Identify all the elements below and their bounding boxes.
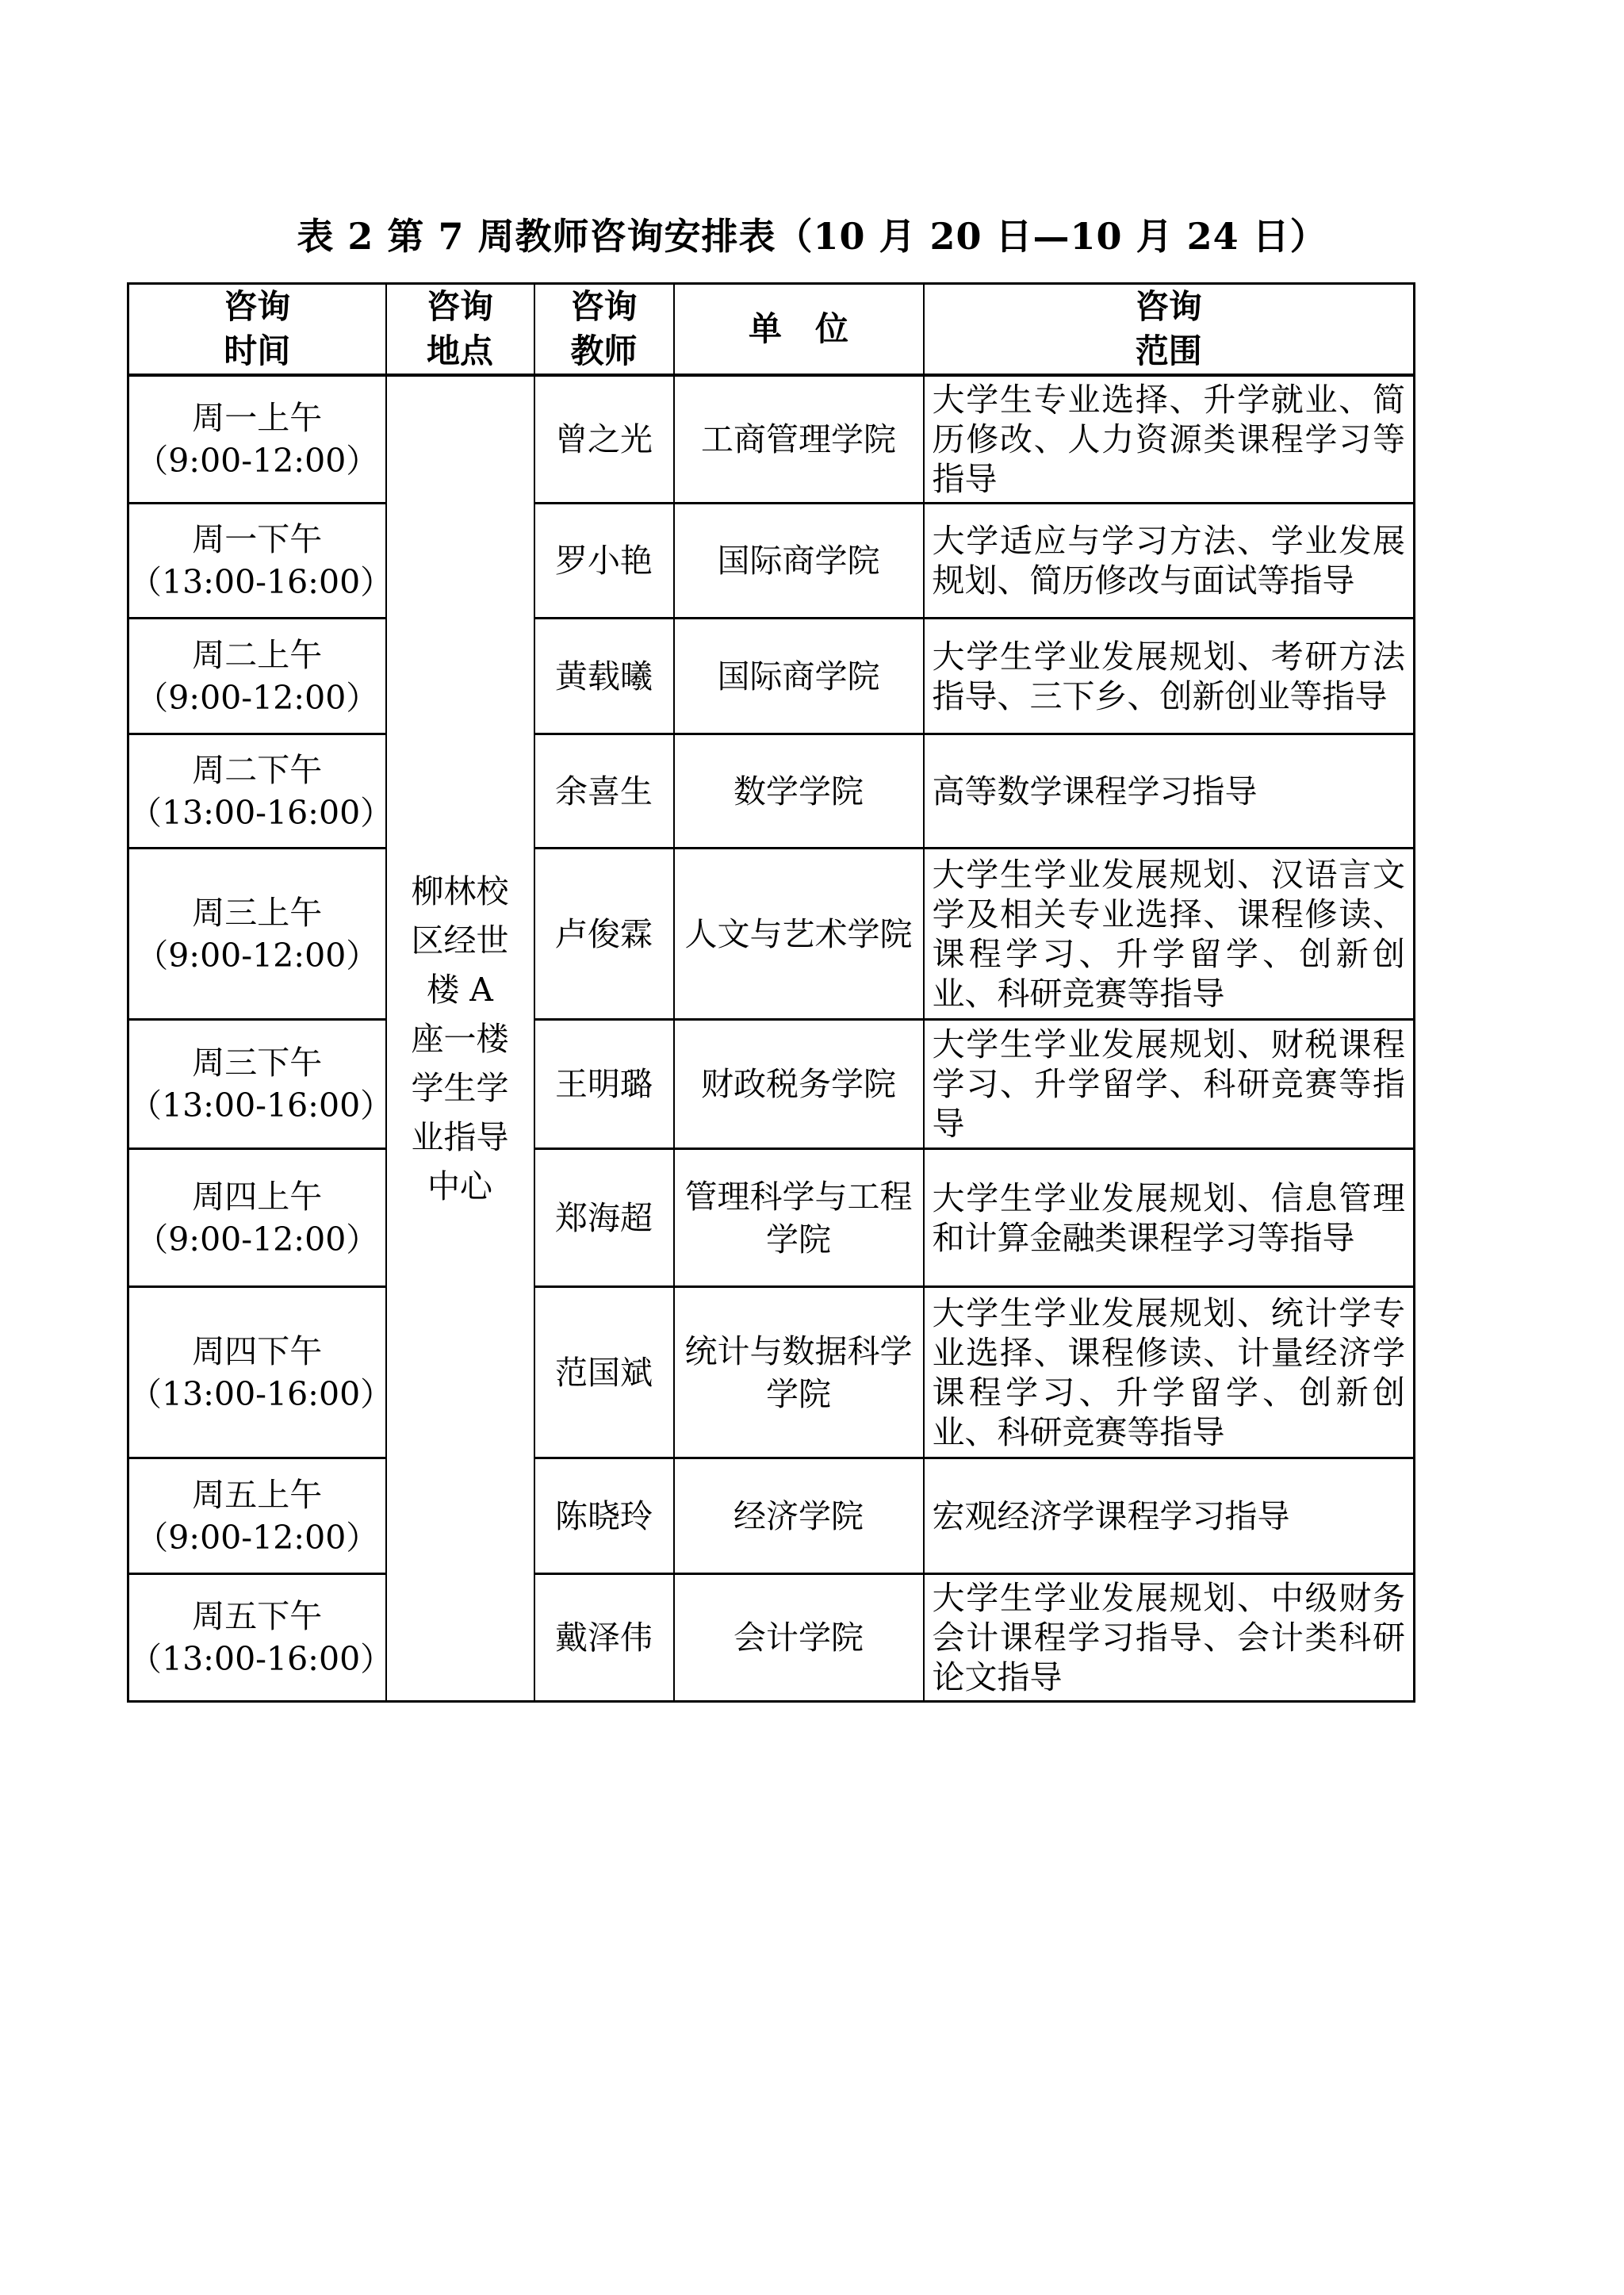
document-title: 表 2 第 7 周教师咨询安排表（10 月 20 日—10 月 24 日） xyxy=(0,208,1624,260)
period-label: （13:00-16:00） xyxy=(129,1638,385,1680)
header-cell-time: 咨询 时间 xyxy=(128,284,386,376)
teacher-cell: 余喜生 xyxy=(534,734,674,849)
teacher-cell: 郑海超 xyxy=(534,1149,674,1287)
day-label: 周四下午 xyxy=(129,1330,385,1373)
teacher-cell: 戴泽伟 xyxy=(534,1574,674,1702)
teacher-cell: 王明璐 xyxy=(534,1020,674,1149)
teacher-cell: 卢俊霖 xyxy=(534,849,674,1020)
day-label: 周四上午 xyxy=(129,1175,385,1218)
table-row: 周一上午 （9:00-12:00） 柳林校区经世楼 A 座一楼学生学业指导中心 … xyxy=(128,375,1415,504)
period-label: （13:00-16:00） xyxy=(129,791,385,834)
scope-cell: 大学生学业发展规划、汉语言文学及相关专业选择、课程修读、课程学习、升学留学、创新… xyxy=(924,849,1415,1020)
unit-cell: 经济学院 xyxy=(674,1458,924,1574)
table-row: 周二下午 （13:00-16:00） 余喜生 数学学院 高等数学课程学习指导 xyxy=(128,734,1415,849)
table-row: 周二上午 （9:00-12:00） 黄载曦 国际商学院 大学生学业发展规划、考研… xyxy=(128,619,1415,734)
time-cell: 周二下午 （13:00-16:00） xyxy=(128,734,386,849)
consultation-schedule-table: 咨询 时间 咨询 地点 咨询 教师 单 位 咨询 范围 xyxy=(127,282,1415,1703)
period-label: （13:00-16:00） xyxy=(129,1084,385,1127)
table-row: 周三下午 （13:00-16:00） 王明璐 财政税务学院 大学生学业发展规划、… xyxy=(128,1020,1415,1149)
header-time-line2: 时间 xyxy=(224,331,290,370)
table-row: 周四上午 （9:00-12:00） 郑海超 管理科学与工程学院 大学生学业发展规… xyxy=(128,1149,1415,1287)
unit-cell: 会计学院 xyxy=(674,1574,924,1702)
unit-cell: 国际商学院 xyxy=(674,619,924,734)
header-teacher-line2: 教师 xyxy=(570,331,637,370)
scope-cell: 大学生学业发展规划、财税课程学习、升学留学、科研竞赛等指导 xyxy=(924,1020,1415,1149)
day-label: 周二下午 xyxy=(129,749,385,791)
time-cell: 周四上午 （9:00-12:00） xyxy=(128,1149,386,1287)
header-location-line2: 地点 xyxy=(427,331,493,370)
scope-cell: 大学适应与学习方法、学业发展规划、简历修改与面试等指导 xyxy=(924,504,1415,619)
period-label: （13:00-16:00） xyxy=(129,1373,385,1416)
day-label: 周三上午 xyxy=(129,891,385,934)
header-scope-line2: 范围 xyxy=(1136,331,1202,370)
day-label: 周三下午 xyxy=(129,1041,385,1084)
unit-cell: 数学学院 xyxy=(674,734,924,849)
page: 表 2 第 7 周教师咨询安排表（10 月 20 日—10 月 24 日） 咨询… xyxy=(0,0,1624,2295)
table-row: 周五下午 （13:00-16:00） 戴泽伟 会计学院 大学生学业发展规划、中级… xyxy=(128,1574,1415,1702)
day-label: 周五上午 xyxy=(129,1473,385,1516)
header-teacher-line1: 咨询 xyxy=(570,287,637,326)
teacher-cell: 陈晓玲 xyxy=(534,1458,674,1574)
time-cell: 周一下午 （13:00-16:00） xyxy=(128,504,386,619)
time-cell: 周二上午 （9:00-12:00） xyxy=(128,619,386,734)
day-label: 周二上午 xyxy=(129,634,385,676)
table-row: 周四下午 （13:00-16:00） 范国斌 统计与数据科学学院 大学生学业发展… xyxy=(128,1287,1415,1458)
teacher-cell: 范国斌 xyxy=(534,1287,674,1458)
header-cell-unit: 单 位 xyxy=(674,284,924,376)
period-label: （9:00-12:00） xyxy=(129,934,385,977)
teacher-cell: 黄载曦 xyxy=(534,619,674,734)
day-label: 周一下午 xyxy=(129,518,385,561)
day-label: 周五下午 xyxy=(129,1595,385,1638)
time-cell: 周四下午 （13:00-16:00） xyxy=(128,1287,386,1458)
scope-cell: 大学生学业发展规划、考研方法指导、三下乡、创新创业等指导 xyxy=(924,619,1415,734)
time-cell: 周一上午 （9:00-12:00） xyxy=(128,375,386,504)
time-cell: 周五下午 （13:00-16:00） xyxy=(128,1574,386,1702)
unit-cell: 统计与数据科学学院 xyxy=(674,1287,924,1458)
table-row: 周三上午 （9:00-12:00） 卢俊霖 人文与艺术学院 大学生学业发展规划、… xyxy=(128,849,1415,1020)
period-label: （9:00-12:00） xyxy=(129,1218,385,1261)
day-label: 周一上午 xyxy=(129,397,385,439)
unit-cell: 管理科学与工程学院 xyxy=(674,1149,924,1287)
header-cell-scope: 咨询 范围 xyxy=(924,284,1415,376)
period-label: （9:00-12:00） xyxy=(129,1516,385,1559)
period-label: （13:00-16:00） xyxy=(129,561,385,603)
header-scope-line1: 咨询 xyxy=(1136,287,1202,326)
header-location-line1: 咨询 xyxy=(427,287,493,326)
table-row: 周五上午 （9:00-12:00） 陈晓玲 经济学院 宏观经济学课程学习指导 xyxy=(128,1458,1415,1574)
scope-cell: 大学生学业发展规划、信息管理和计算金融类课程学习等指导 xyxy=(924,1149,1415,1287)
period-label: （9:00-12:00） xyxy=(129,676,385,719)
table-row: 周一下午 （13:00-16:00） 罗小艳 国际商学院 大学适应与学习方法、学… xyxy=(128,504,1415,619)
unit-cell: 人文与艺术学院 xyxy=(674,849,924,1020)
scope-cell: 大学生专业选择、升学就业、简历修改、人力资源类课程学习等指导 xyxy=(924,375,1415,504)
teacher-cell: 罗小艳 xyxy=(534,504,674,619)
period-label: （9:00-12:00） xyxy=(129,439,385,482)
header-cell-location: 咨询 地点 xyxy=(386,284,534,376)
unit-cell: 国际商学院 xyxy=(674,504,924,619)
scope-cell: 宏观经济学课程学习指导 xyxy=(924,1458,1415,1574)
scope-cell: 大学生学业发展规划、统计学专业选择、课程修读、计量经济学课程学习、升学留学、创新… xyxy=(924,1287,1415,1458)
time-cell: 周三上午 （9:00-12:00） xyxy=(128,849,386,1020)
location-text: 柳林校区经世楼 A 座一楼学生学业指导中心 xyxy=(408,867,512,1211)
header-row: 咨询 时间 咨询 地点 咨询 教师 单 位 咨询 范围 xyxy=(128,284,1415,376)
teacher-cell: 曾之光 xyxy=(534,375,674,504)
scope-cell: 大学生学业发展规划、中级财务会计课程学习指导、会计类科研论文指导 xyxy=(924,1574,1415,1702)
location-cell: 柳林校区经世楼 A 座一楼学生学业指导中心 xyxy=(386,375,534,1702)
time-cell: 周五上午 （9:00-12:00） xyxy=(128,1458,386,1574)
header-cell-teacher: 咨询 教师 xyxy=(534,284,674,376)
scope-cell: 高等数学课程学习指导 xyxy=(924,734,1415,849)
unit-cell: 财政税务学院 xyxy=(674,1020,924,1149)
unit-cell: 工商管理学院 xyxy=(674,375,924,504)
time-cell: 周三下午 （13:00-16:00） xyxy=(128,1020,386,1149)
header-time-line1: 咨询 xyxy=(224,287,290,326)
